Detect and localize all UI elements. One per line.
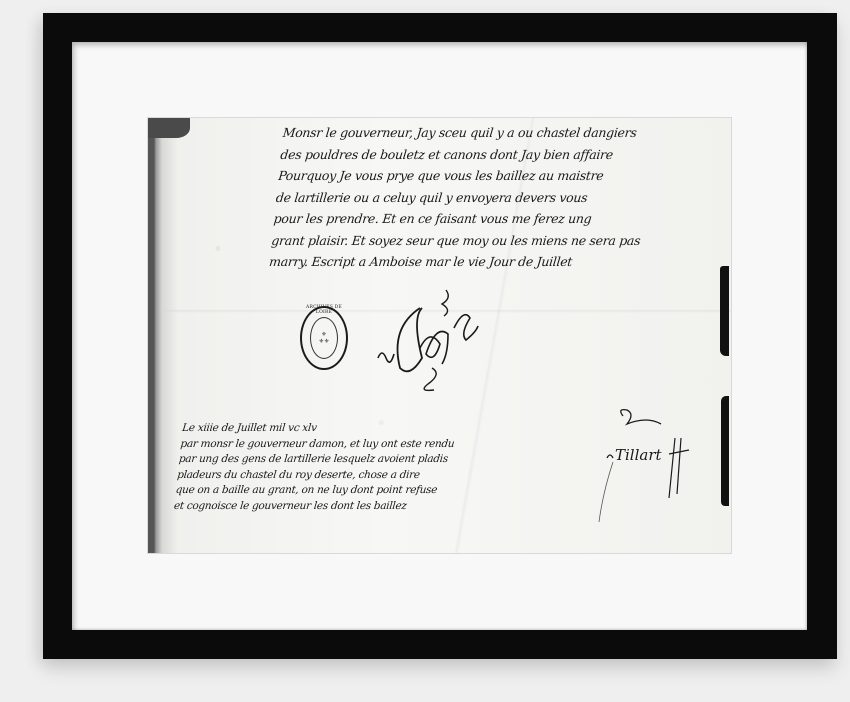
secondary-signature: Tillart [593,408,703,528]
letter-line: grant plaisir. Et soyez seur que moy ou … [270,230,712,252]
picture-frame: Monsr le gouverneur, Jay sceu quil y a o… [43,13,837,659]
main-signature [358,288,498,398]
secondary-signature-text: Tillart [615,446,663,464]
crest-icon: ⚜⚜⚜ [310,317,338,359]
note-line: pladeurs du chastel du roy deserte, chos… [176,468,451,484]
stamp-label: ARCHIVES DE LOIRE [302,305,346,315]
torn-corner [148,118,190,138]
torn-right-edge-lower [721,396,729,506]
note-line: par ung des gens de lartillerie lesquelz… [178,452,453,468]
note-line: que on a baille au grant, on ne luy dont… [175,483,450,499]
letter-line: des pouldres de bouletz et canons dont J… [279,144,721,166]
frame-mat: Monsr le gouverneur, Jay sceu quil y a o… [72,42,807,630]
manuscript-artwork: Monsr le gouverneur, Jay sceu quil y a o… [148,118,731,553]
letter-line: Pourquoy Je vous prye que vous les baill… [277,165,719,187]
letter-line: marry. Escript a Amboise mar le vie Jour… [268,251,710,273]
note-line: par monsr le gouverneur damon, et luy on… [180,437,455,453]
letter-body: Monsr le gouverneur, Jay sceu quil y a o… [268,122,724,273]
letter-line: pour les prendre. Et en ce faisant vous … [273,208,715,230]
archive-stamp: ARCHIVES DE LOIRE ⚜⚜⚜ [300,306,348,370]
note-line: et cognoisce le gouverneur les dont les … [173,499,448,515]
torn-right-edge [720,266,729,356]
endorsement-note: Le xiiie de Juillet mil vc xlv par monsr… [173,421,457,514]
letter-line: de lartillerie ou a celuy quil y envoyer… [275,187,717,209]
letter-line: Monsr le gouverneur, Jay sceu quil y a o… [282,122,724,144]
note-line: Le xiiie de Juillet mil vc xlv [181,421,456,437]
